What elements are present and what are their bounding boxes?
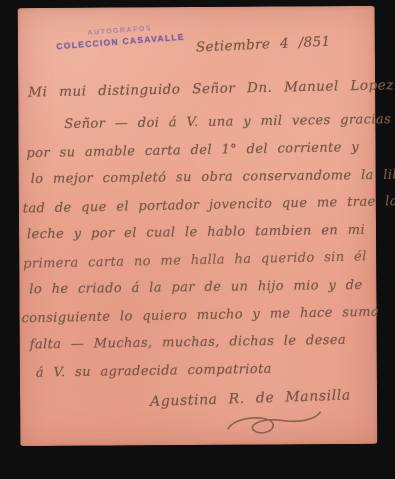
signature-flourish	[220, 408, 330, 443]
letter-paper: AUTOGRAFOS COLECCION CASAVALLE Setiembre…	[18, 6, 378, 446]
salutation-line: Mi mui distinguido Señor Dn. Manuel Lope…	[28, 77, 394, 100]
date-line: Setiembre 4 /851	[196, 34, 331, 56]
signature-line: Agustina R. de Mansilla	[150, 387, 351, 409]
letter-body: Señor — doi á V. una y mil veces gracias…	[18, 114, 377, 391]
collection-stamp: AUTOGRAFOS COLECCION CASAVALLE	[55, 23, 185, 52]
letter-photo: AUTOGRAFOS COLECCION CASAVALLE Setiembre…	[0, 0, 395, 479]
